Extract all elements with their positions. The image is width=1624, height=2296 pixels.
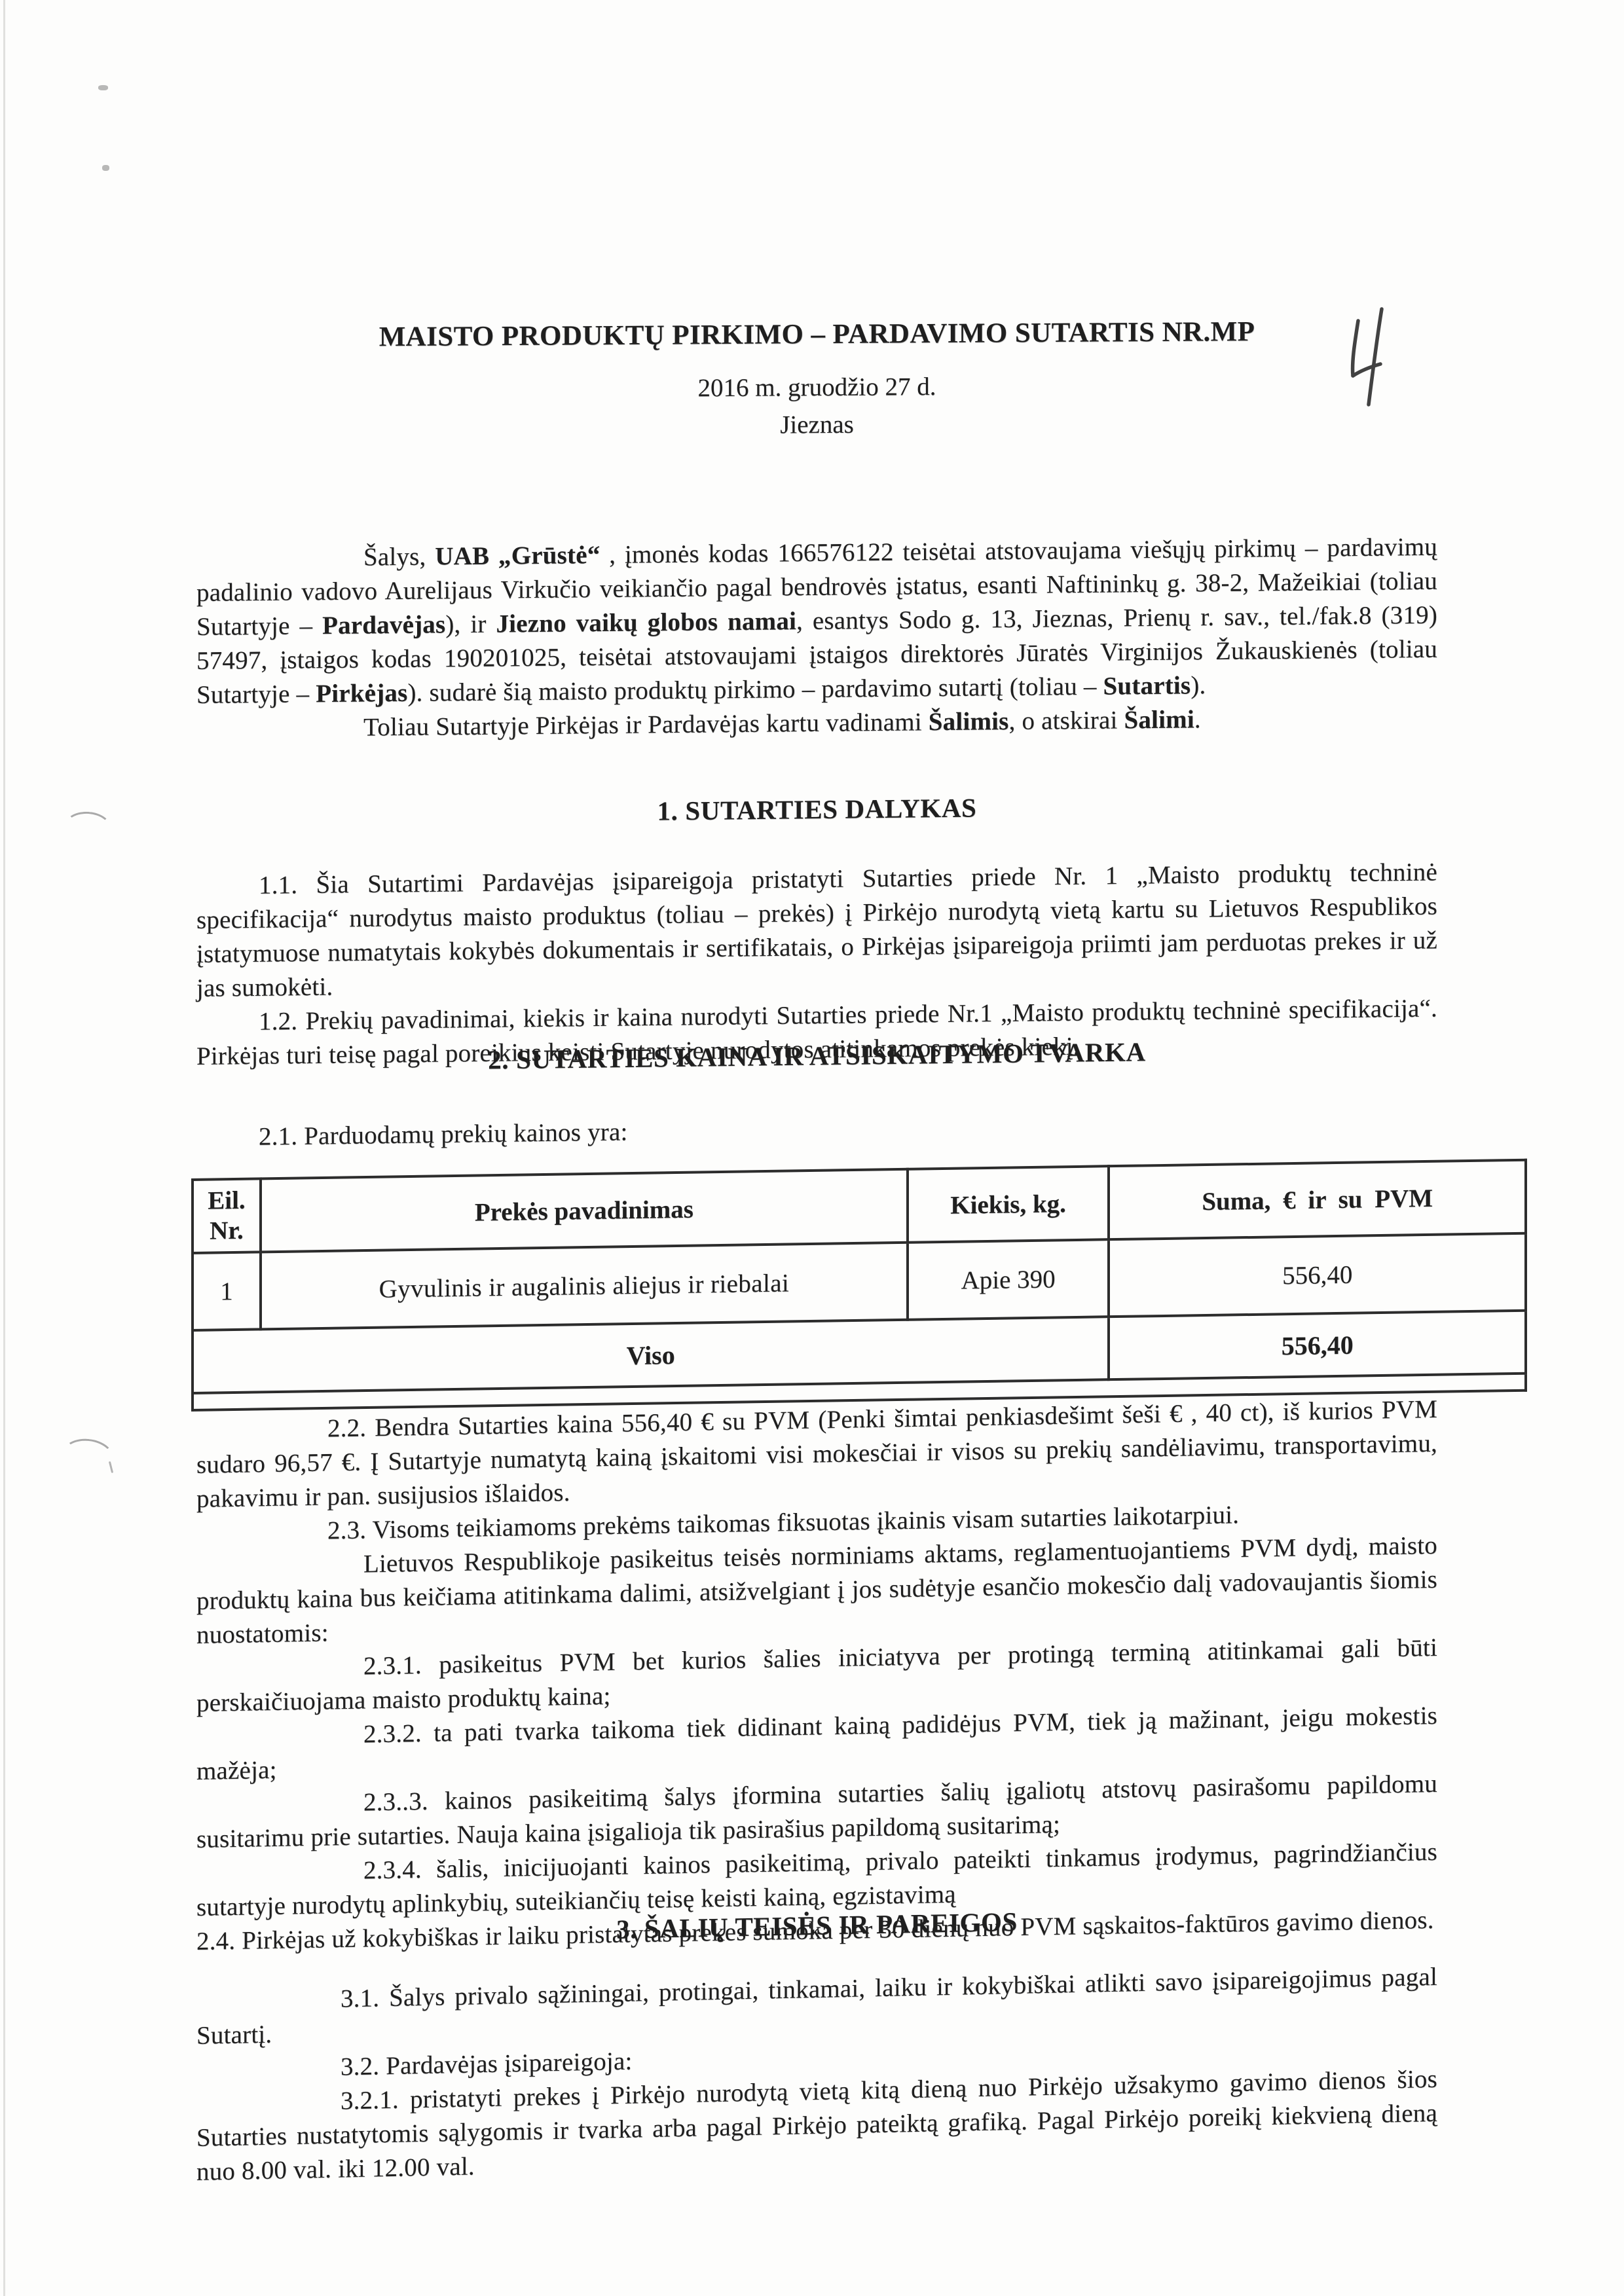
cell-quantity: Apie 390 (908, 1239, 1109, 1320)
col-header-product: Prekės pavadinimas (261, 1169, 908, 1252)
contract-date: 2016 m. gruodžio 27 d. (196, 369, 1437, 406)
intro-paragraph-parties: Šalys, UAB „Grūstė“ , įmonės kodas 16657… (196, 530, 1437, 712)
col-header-number: Eil. Nr. (193, 1178, 261, 1253)
pencil-arc-mark (63, 811, 112, 845)
cell-product-name: Gyvulinis ir augalinis aliejus ir riebal… (261, 1243, 908, 1330)
contract-place: Jieznas (196, 406, 1437, 443)
pencil-arc-mark (60, 1436, 116, 1477)
col-header-sum: Suma, € ir su PVM (1109, 1160, 1526, 1239)
intro-section: Šalys, UAB „Grūstė“ , įmonės kodas 16657… (196, 530, 1437, 746)
scanned-contract-page: MAISTO PRODUKTŲ PIRKIMO – PARDAVIMO SUTA… (0, 0, 1624, 2296)
scan-edge-line (3, 0, 5, 2296)
col-header-quantity: Kiekis, kg. (908, 1166, 1109, 1243)
document-header: MAISTO PRODUKTŲ PIRKIMO – PARDAVIMO SUTA… (196, 314, 1437, 443)
section3-body: 3.1. Šalys privalo sąžiningai, protingai… (196, 1960, 1437, 2189)
cell-sum: 556,40 (1109, 1233, 1526, 1317)
section1-heading-wrap: 1. SUTARTIES DALYKAS (196, 787, 1437, 831)
price-table-wrap: Eil. Nr. Prekės pavadinimas Kiekis, kg. … (191, 1159, 1527, 1412)
scan-speck (102, 165, 109, 171)
page-title: MAISTO PRODUKTŲ PIRKIMO – PARDAVIMO SUTA… (196, 314, 1437, 354)
scan-speck (98, 85, 108, 90)
total-value: 556,40 (1109, 1311, 1526, 1379)
price-table: Eil. Nr. Prekės pavadinimas Kiekis, kg. … (191, 1159, 1527, 1412)
clause-2-1: 2.1. Parduodamų prekių kainos yra: (196, 1104, 1437, 1155)
section1-heading: 1. SUTARTIES DALYKAS (196, 787, 1437, 831)
section2-body: 2.2. Bendra Sutarties kaina 556,40 € su … (196, 1393, 1437, 1959)
clause-1-1: 1.1. Šia Sutartimi Pardavėjas įsipareigo… (196, 856, 1437, 1006)
cell-row-number: 1 (193, 1252, 261, 1330)
clause-2-1-wrap: 2.1. Parduodamų prekių kainos yra: (196, 1104, 1437, 1155)
